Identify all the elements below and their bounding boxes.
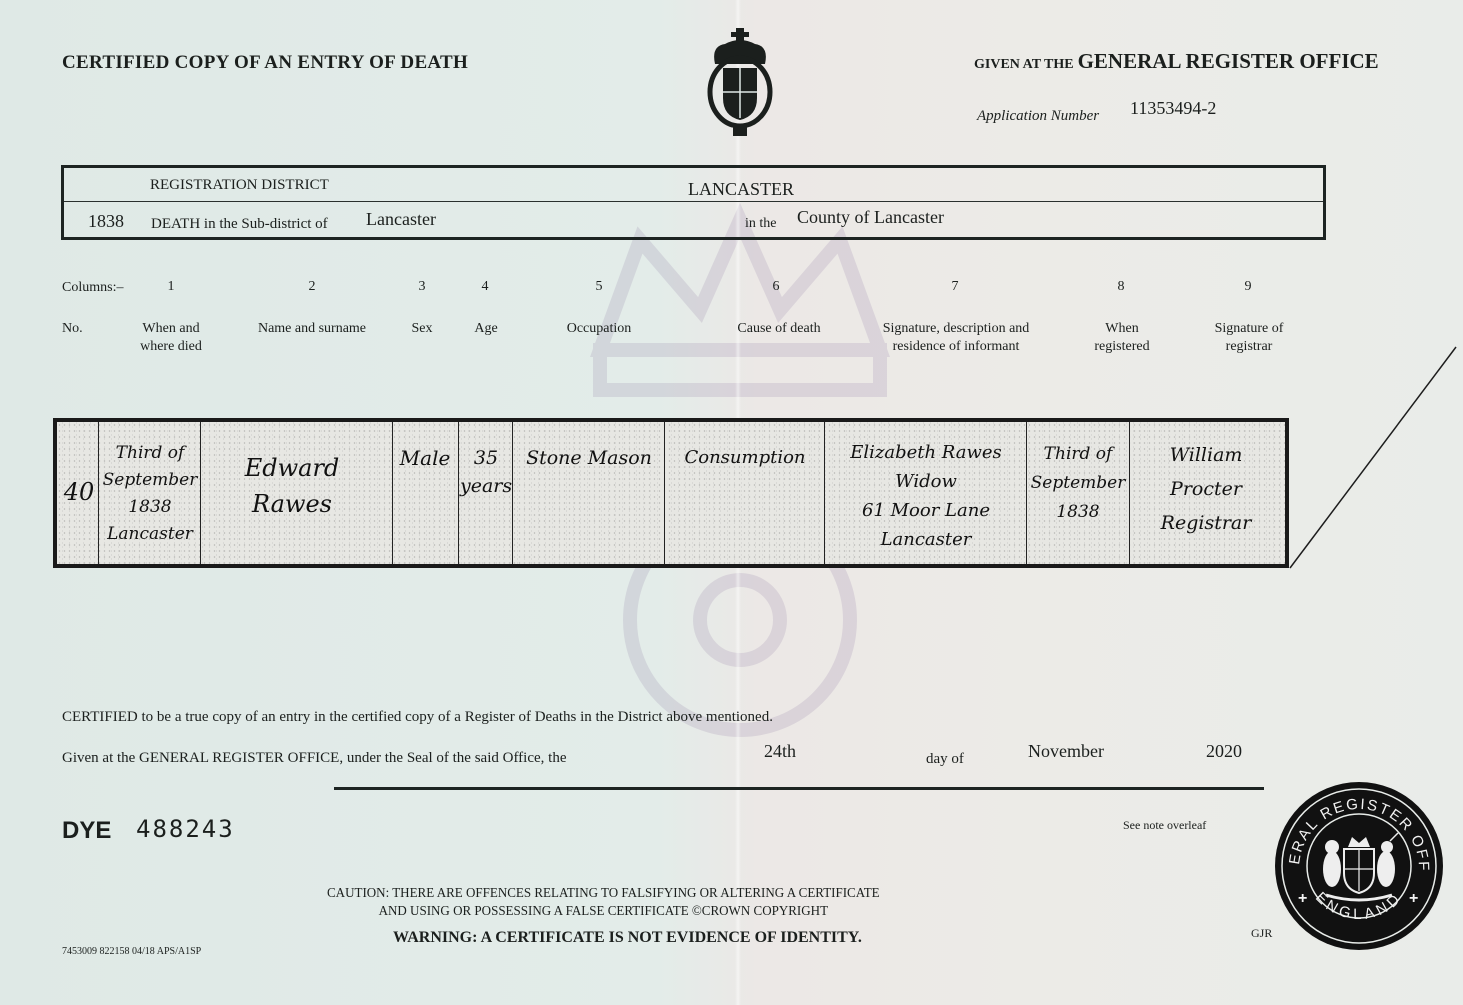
column-number-5: 5 [584,279,614,295]
given-at-heading: GIVEN AT THE GENERAL REGISTER OFFICE [974,49,1379,74]
day-of-label: day of [926,751,964,768]
entry-registrar: William Procter Registrar [1131,438,1281,540]
column-heading-no: No. [62,320,86,338]
given-statement: Given at the GENERAL REGISTER OFFICE, un… [62,750,567,767]
caution-line-2: AND USING OR POSSESSING A FALSE CERTIFIC… [327,903,880,921]
svg-text:+: + [1409,890,1418,907]
document-title: CERTIFIED COPY OF AN ENTRY OF DEATH [62,52,468,74]
column-heading-when-registered: When registered [1086,320,1158,356]
general-register-office-seal-icon: GENERAL REGISTER OFFICE ENGLAND + + [1274,781,1444,951]
entry-cause-of-death: Consumption [666,446,824,470]
column-number-9: 9 [1233,279,1263,295]
column-number-2: 2 [297,279,327,295]
application-number: 11353494-2 [1130,98,1216,119]
issue-day: 24th [764,741,796,762]
given-at-label: GIVEN AT THE [974,57,1074,72]
column-number-8: 8 [1106,279,1136,295]
issue-month: November [1028,741,1104,762]
entry-number: 40 [61,480,97,504]
caution-notice: CAUTION: THERE ARE OFFENCES RELATING TO … [327,885,880,921]
entry-age: 35 years [460,444,512,500]
serial-number: 488243 [136,815,235,843]
cell-cause [664,422,825,564]
entry-occupation: Stone Mason [516,446,662,470]
columns-label: Columns:– [62,280,123,296]
column-number-7: 7 [940,279,970,295]
column-heading-registrar: Signature of registrar [1204,320,1294,356]
registration-district-value: LANCASTER [688,179,794,200]
svg-text:+: + [1298,890,1307,907]
in-the-label: in the [745,216,777,232]
column-heading-when-where: When and where died [121,320,221,356]
entry-sex: Male [394,446,456,470]
signature-rule [334,787,1264,790]
entry-when-registered: Third of September 1838 [1028,440,1128,527]
column-heading-sex: Sex [402,320,442,338]
subdistrict-value: Lancaster [366,209,436,230]
county-value: County of Lancaster [797,207,944,228]
cancellation-stroke [1288,345,1458,570]
print-code: 7453009 822158 04/18 APS/A1SP [62,946,201,957]
registration-district-label: REGISTRATION DISTRICT [150,177,329,194]
column-heading-cause: Cause of death [724,320,834,338]
serial-prefix: DYE [62,817,111,845]
register-entry-row: 40 Third of September 1838 Lancaster Edw… [53,418,1289,568]
column-heading-age: Age [466,320,506,338]
certified-statement: CERTIFIED to be a true copy of an entry … [62,709,773,726]
office-name: GENERAL REGISTER OFFICE [1078,49,1379,73]
column-heading-name: Name and surname [247,320,377,338]
column-number-3: 3 [407,279,437,295]
cell-occupation [512,422,665,564]
entry-informant: Elizabeth Rawes Widow 61 Moor Lane Lanca… [826,438,1026,554]
column-heading-occupation: Occupation [554,320,644,338]
column-number-4: 4 [470,279,500,295]
subdistrict-label: DEATH in the Sub-district of [151,216,328,233]
column-number-1: 1 [156,279,186,295]
cell-sex [392,422,459,564]
column-number-6: 6 [761,279,791,295]
caution-line-1: CAUTION: THERE ARE OFFENCES RELATING TO … [327,885,880,903]
application-number-label: Application Number [977,108,1099,125]
entry-name: Edward Rawes [207,450,377,522]
identity-warning: WARNING: A CERTIFICATE IS NOT EVIDENCE O… [393,929,862,947]
registration-year: 1838 [88,211,124,232]
registration-divider [64,201,1323,202]
royal-crest-icon [707,28,773,136]
see-note-overleaf: See note overleaf [1123,818,1206,833]
entry-when-where: Third of September 1838 Lancaster [100,440,200,548]
issue-year: 2020 [1206,741,1242,762]
column-heading-informant: Signature, description and residence of … [866,320,1046,356]
issuer-initials: GJR [1251,926,1272,941]
